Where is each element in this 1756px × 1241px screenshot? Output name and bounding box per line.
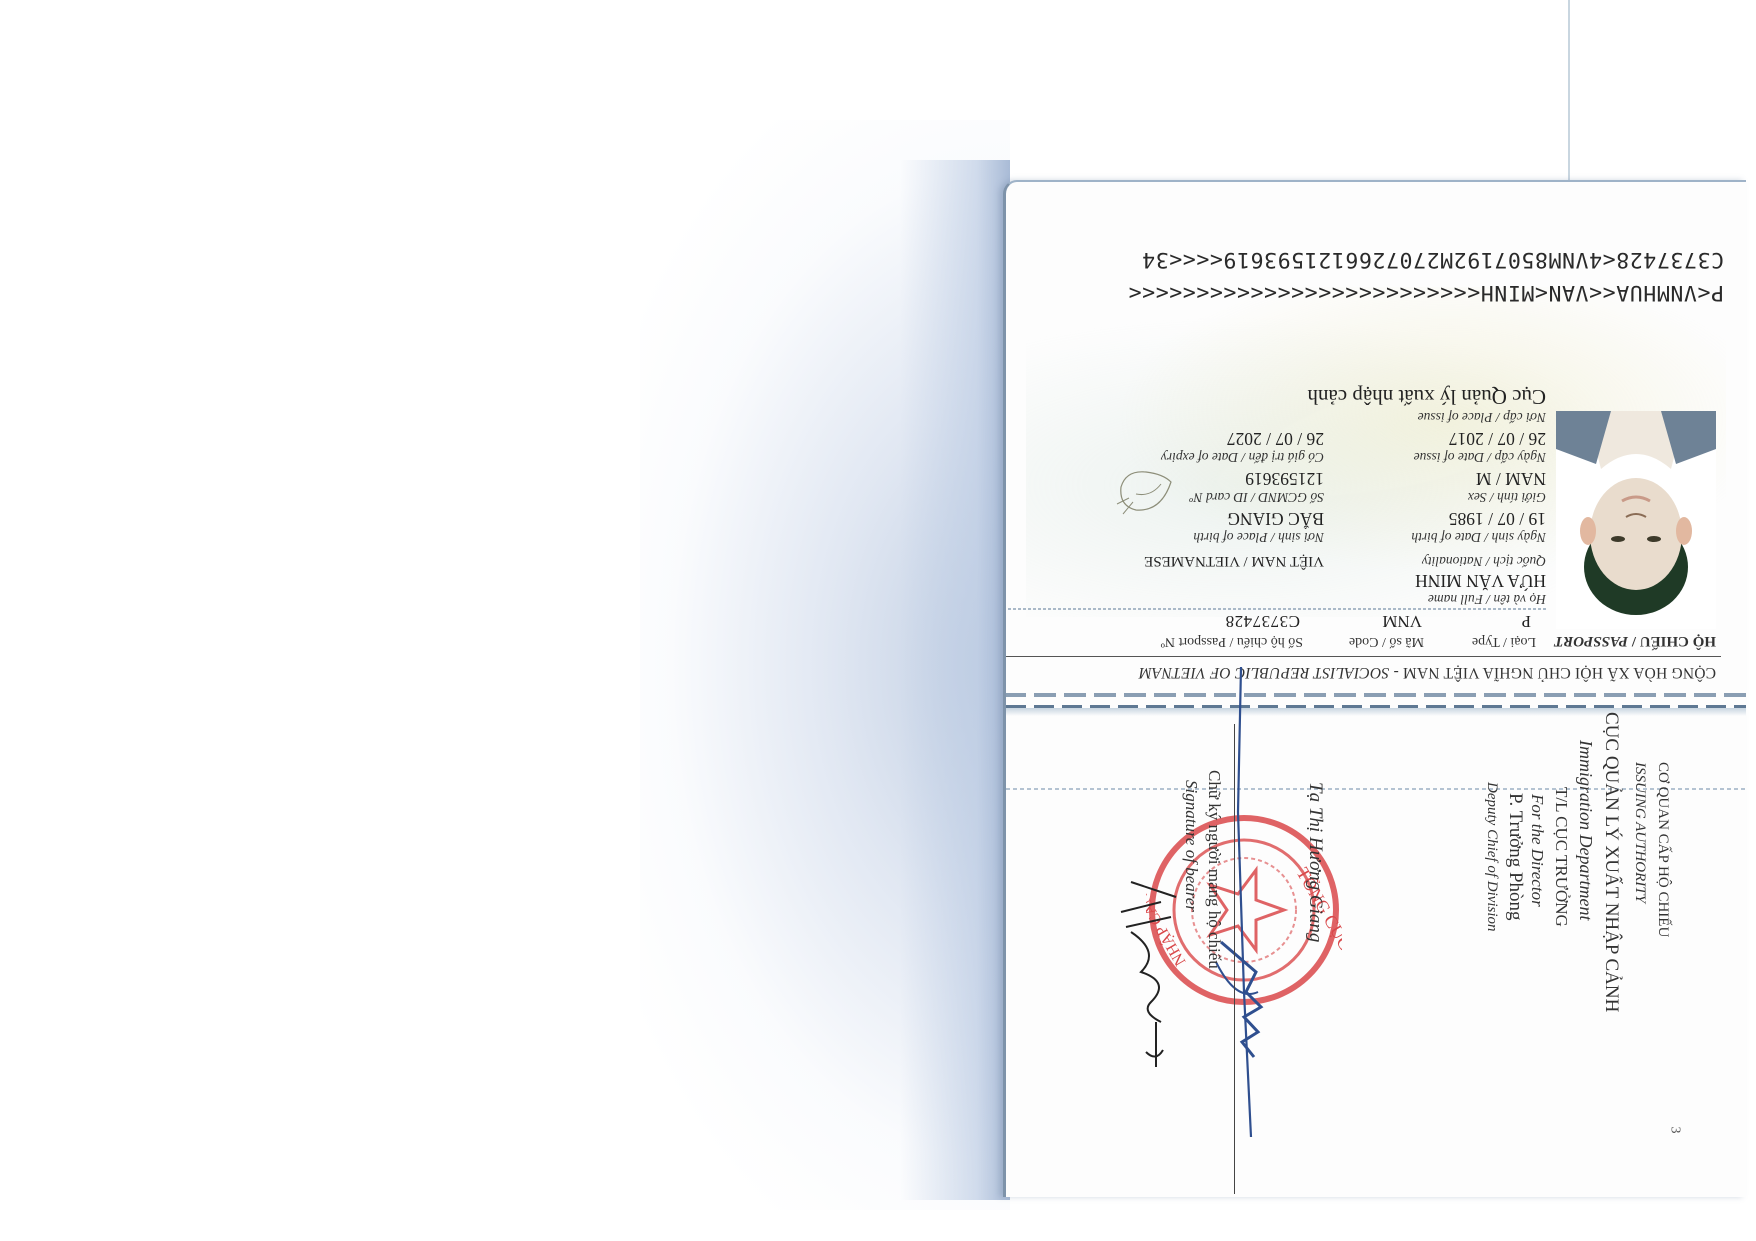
- type-label: Loại / Type: [1472, 633, 1536, 649]
- date-of-expiry-label: Có giá trị đến / Date of expiry: [1161, 449, 1324, 465]
- holder-photo: [1556, 411, 1716, 629]
- page-number: 3: [1667, 1127, 1683, 1134]
- place-of-issue-label: Nơi cấp / Place of issue: [1418, 409, 1546, 425]
- watermark-emblem-icon: [1111, 462, 1181, 522]
- mrz-line-1: P<VNMHUA<<VAN<MINH<<<<<<<<<<<<<<<<<<<<<<…: [1128, 280, 1724, 305]
- sex-value: NAM / M: [1476, 468, 1546, 489]
- nationality-value: VIỆT NAM / VIETNAMESE: [1144, 552, 1324, 569]
- passport-no-value: C3737428: [1225, 611, 1300, 631]
- department-en: Immigration Department: [1575, 740, 1596, 920]
- mrz-line-2: C3737428<4VNM8507192M2707266121593619<<<…: [1142, 247, 1724, 272]
- republic-title-vi: CỘNG HÒA XÃ HỘI CHỦ NGHĨA VIỆT NAM -: [1389, 664, 1716, 681]
- pob-value: BẮC GIANG: [1227, 508, 1324, 529]
- department-vi: CỤC QUẢN LÝ XUẤT NHẬP CẢNH: [1600, 712, 1622, 1012]
- place-of-issue-value: Cục Quản lý xuất nhập cảnh: [1307, 384, 1546, 409]
- nationality-label: Quốc tịch / Nationality: [1422, 553, 1546, 569]
- scan-rule: [1568, 0, 1570, 180]
- deputy-title-vi: P. Trưởng Phòng: [1504, 793, 1526, 921]
- dob-value: 19 / 07 / 1985: [1449, 508, 1546, 529]
- id-value: 121593619: [1245, 468, 1324, 489]
- pob-label: Nơi sinh / Place of birth: [1193, 529, 1324, 545]
- passport-no-label: Số hộ chiếu / Passport Nº: [1161, 633, 1303, 649]
- page-fold-shadow: [1006, 708, 1746, 716]
- passport-data-page: CỘNG HÒA XÃ HỘI CHỦ NGHĨA VIỆT NAM - SOC…: [1006, 182, 1746, 707]
- divider-dotted: [1006, 608, 1546, 610]
- official-name: Tạ Thị Hương Giang: [1304, 782, 1326, 942]
- issuing-authority-en: ISSUING AUTHORITY: [1631, 762, 1648, 903]
- dob-label: Ngày sinh / Date of birth: [1411, 529, 1546, 545]
- type-value: P: [1522, 611, 1531, 631]
- bearer-signature: [1101, 872, 1191, 1082]
- code-value: VNM: [1382, 611, 1422, 631]
- bearer-signature-label-vi: Chữ ký người mang hộ chiếu: [1204, 770, 1224, 969]
- full-name-value: HỨA VĂN MINH: [1415, 570, 1546, 591]
- scan-shadow-edge: [900, 160, 1010, 1200]
- deputy-title-en: Deputy Chief of Division: [1483, 782, 1500, 932]
- signature-divider: [1234, 724, 1235, 1194]
- code-label: Mã số / Code: [1349, 633, 1424, 649]
- date-of-issue-label: Ngày cấp / Date of issue: [1414, 449, 1546, 465]
- divider: [1006, 656, 1721, 657]
- full-name-label: Họ và tên / Full name: [1428, 591, 1546, 607]
- passport: CỘNG HÒA XÃ HỘI CHỦ NGHĨA VIỆT NAM - SOC…: [1003, 180, 1746, 1197]
- for-director-en: For the Director: [1527, 794, 1547, 907]
- date-of-expiry-value: 26 / 07 / 2027: [1227, 428, 1324, 449]
- passport-title-vi: HỘ CHIẾU /: [1628, 633, 1716, 649]
- issuing-authority-vi: CƠ QUAN CẤP HỘ CHIẾU: [1654, 762, 1671, 937]
- id-label: Số GCMND / ID card Nº: [1189, 489, 1324, 505]
- sex-label: Giới tính / Sex: [1468, 489, 1546, 505]
- page-border-dash: [1006, 693, 1746, 697]
- passport-title: HỘ CHIẾU / PASSPORT: [1554, 632, 1716, 649]
- for-director-vi: T/L CỤC TRƯỞNG: [1551, 787, 1571, 927]
- passport-title-en: PASSPORT: [1554, 633, 1628, 649]
- date-of-issue-value: 26 / 07 / 2017: [1449, 428, 1546, 449]
